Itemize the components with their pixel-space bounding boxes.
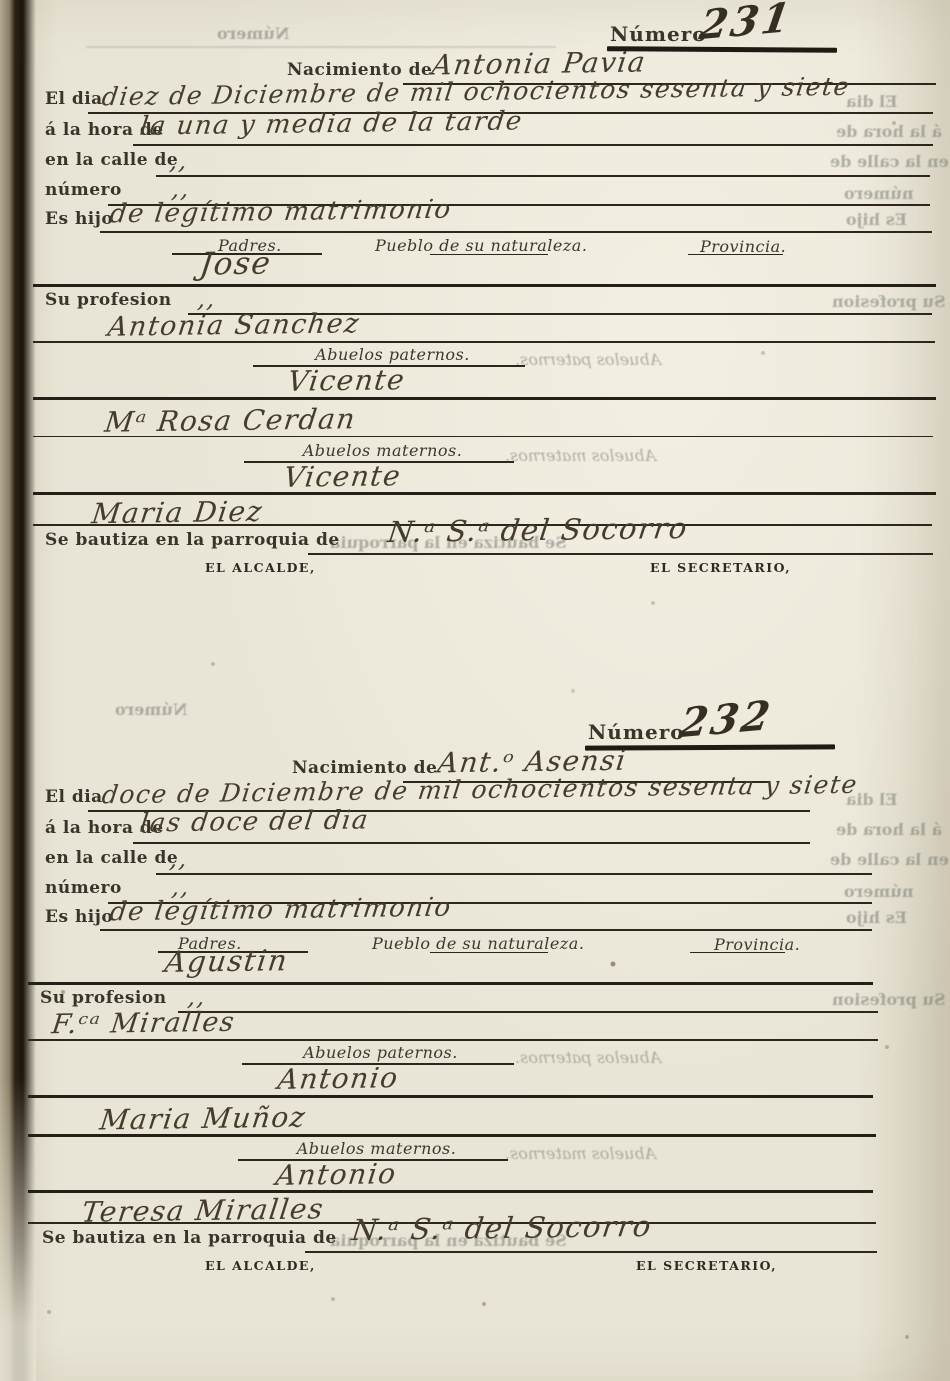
ruled-line [33,341,935,343]
ruled-line [133,144,933,146]
ruled-line [156,873,872,875]
ruled-line [33,436,933,437]
bleed-through-calle: en la calle de [830,152,949,171]
ruled-line [28,1095,873,1098]
bleed-through-hora: á la hora de [836,820,942,839]
ruled-line [28,1190,873,1193]
profesion-label: Su profesion [40,988,167,1008]
bleed-through-numero-casa: número [844,882,913,901]
birth-date-handwritten: diez de Diciembre de mil ochocientos ses… [100,72,852,111]
numero-label: Número [588,720,685,744]
el-dia-label: El dia [45,787,103,807]
parroquia-label: Se bautiza en la parroquia de [42,1228,337,1248]
ruled-line [100,929,872,931]
abuelos-paternos-header: Abuelos paternos. [260,345,525,364]
mother-name-handwritten: F.ᶜᵃ Miralles [50,1007,237,1041]
el-dia-label: El dia [45,89,103,109]
profession-ditto-handwritten: ,, [196,285,218,313]
birth-record-231: Número El dia á la hora de en la calle d… [0,0,950,620]
ruled-line [100,231,932,233]
column-header-pueblo: Pueblo de su naturaleza. [375,236,587,255]
profesion-label: Su profesion [45,290,172,310]
ruled-line [28,1039,878,1041]
es-hijo-label: Es hijo [45,907,113,927]
numero-casa-label: número [45,180,122,200]
ruled-line [305,1251,877,1253]
bleed-through-hora: á la hora de [836,122,942,141]
alcalde-label: EL ALCALDE, [205,560,316,575]
paternal-grandmother-handwritten: Maria Muñoz [98,1101,308,1137]
parish-name-handwritten: N.ᵃ S.ᵃ del Socorro [350,1209,654,1247]
header-underline [690,952,785,953]
bleed-through-es-hijo: Es hijo [846,908,907,927]
father-name-handwritten: Agustin [163,943,290,979]
birth-time-handwritten: las doce del dia [138,805,371,838]
ruled-line [33,284,936,287]
legitimacy-handwritten: de legítimo matrimonio [108,893,453,928]
ruled-line [28,982,873,985]
birth-time-handwritten: la una y media de la tarde [138,106,525,141]
paternal-grandfather-handwritten: Vicente [286,363,407,398]
ruled-line [33,397,936,400]
paternal-grandmother-handwritten: Mᵃ Rosa Cerdan [103,402,358,439]
numero-value-handwritten: 232 [676,692,776,748]
bleed-through-abuelos-maternos: Abuelos maternos. [505,446,656,465]
secretario-label: EL SECRETARIO, [636,1258,777,1273]
bleed-through-numero: Número [217,24,289,43]
ruled-line [33,492,936,495]
bleed-through-el-dia: El dia [846,92,897,111]
bleed-through-profesion: Su profesion [832,292,946,311]
birth-register-page: Número El dia á la hora de en la calle d… [0,0,950,1381]
abuelos-paternos-header: Abuelos paternos. [248,1043,513,1062]
father-name-handwritten: Jose [198,245,274,282]
bleed-through-abuelos-paternos: Abuelos paternos. [515,350,661,369]
header-underline [430,254,548,255]
header-underline [430,952,548,953]
bleed-through-es-hijo: Es hijo [846,210,907,229]
column-header-pueblo: Pueblo de su naturaleza. [372,934,584,953]
numero-label: Número [610,22,707,46]
ruled-line [133,842,810,844]
es-hijo-label: Es hijo [45,209,113,229]
alcalde-label: EL ALCALDE, [205,1258,316,1273]
ruled-line [28,1134,876,1137]
birth-record-232: Número El dia á la hora de en la calle d… [0,698,950,1318]
calle-label: en la calle de [45,150,178,170]
parish-name-handwritten: N.ᵃ S.ᵃ del Socorro [386,511,690,549]
street-ditto-handwritten: ,, [168,845,190,873]
header-underline [688,254,783,255]
calle-label: en la calle de [45,848,178,868]
mother-name-handwritten: Antonia Sanchez [106,308,362,343]
ruled-line [156,175,930,177]
abuelos-maternos-header: Abuelos maternos. [244,1139,509,1158]
bleed-through-profesion: Su profesion [832,990,946,1009]
bleed-through-numero-casa: número [844,184,913,203]
secretario-label: EL SECRETARIO, [650,560,791,575]
ruled-line [308,553,933,555]
street-ditto-handwritten: ,, [168,147,190,175]
legitimacy-handwritten: de legítimo matrimonio [108,195,453,230]
abuelos-maternos-header: Abuelos maternos. [250,441,515,460]
bleed-through-abuelos-maternos: Abuelos maternos. [505,1144,656,1163]
parroquia-label: Se bautiza en la parroquia de [45,530,340,550]
bleed-through-calle: en la calle de [830,850,949,869]
numero-value-handwritten: 231 [696,0,796,49]
ruled-line [178,1011,878,1013]
maternal-grandfather-handwritten: Antonio [274,1157,399,1192]
bleed-through-numero: Número [115,700,187,719]
numero-casa-label: número [45,878,122,898]
birth-date-handwritten: doce de Diciembre de mil ochocientos ses… [100,770,860,810]
bleed-through-abuelos-paternos: Abuelos paternos. [515,1048,661,1067]
maternal-grandfather-handwritten: Vicente [282,459,403,494]
paternal-grandfather-handwritten: Antonio [276,1061,401,1096]
